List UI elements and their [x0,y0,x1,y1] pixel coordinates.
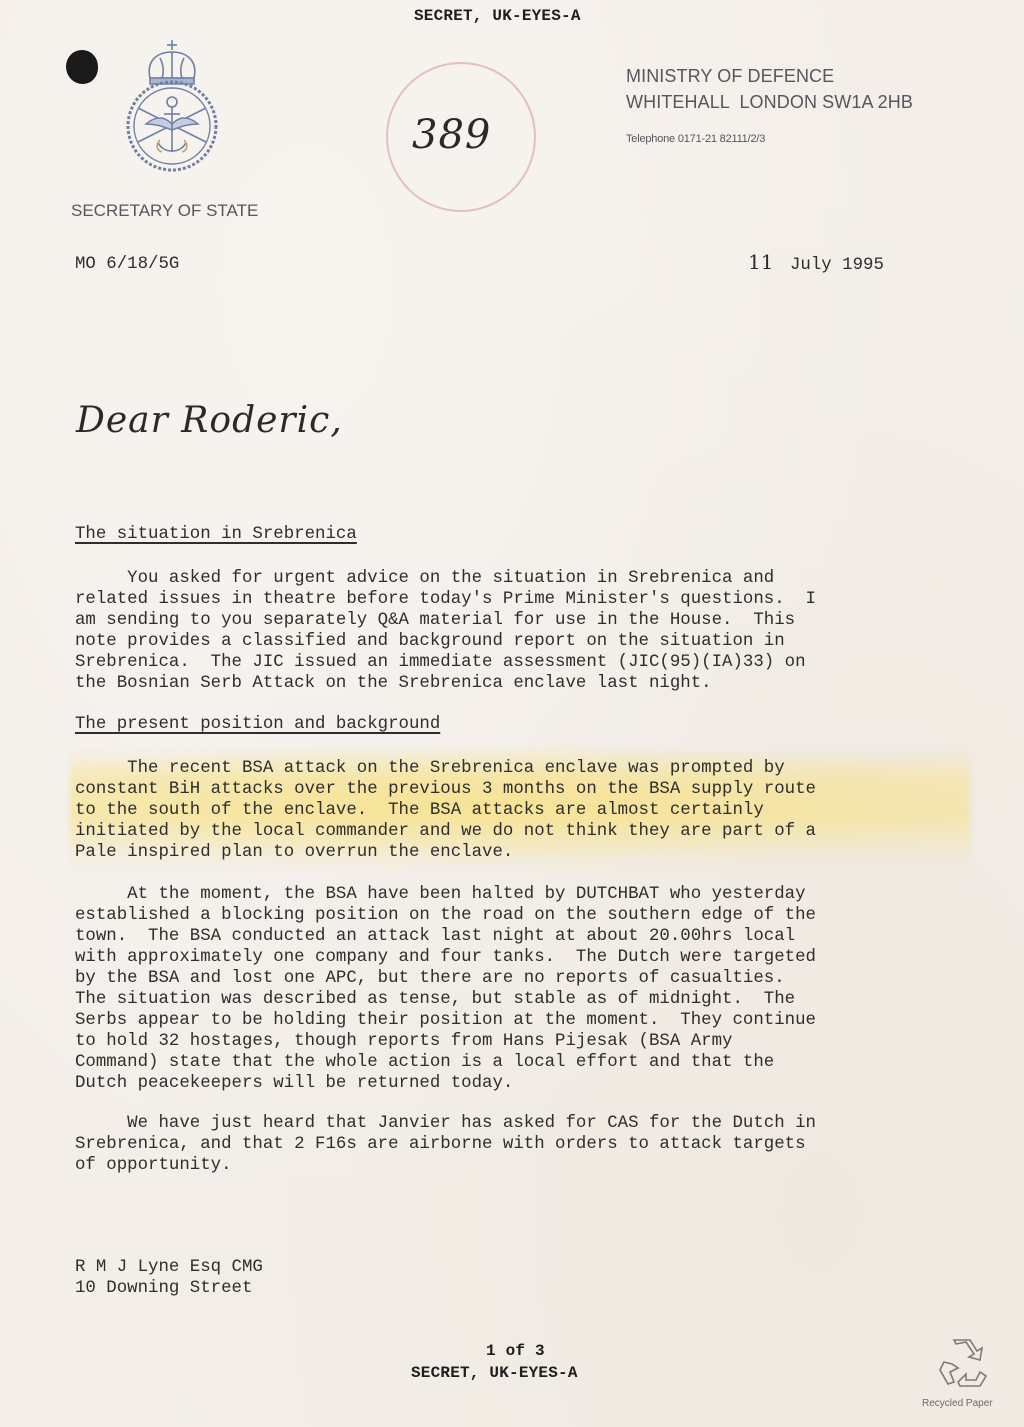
paragraph-line: am sending to you separately Q&A materia… [75,610,975,631]
section-heading-position: The present position and background [75,715,440,734]
classification-bottom: SECRET, UK-EYES-A [411,1364,578,1382]
paragraph-line: constant BiH attacks over the previous 3… [75,779,975,800]
stamp-number: 389 [412,112,491,158]
paragraph-line: note provides a classified and backgroun… [75,631,975,652]
addressee-name: R M J Lyne Esq CMG [75,1257,975,1278]
paragraph-line: Command) state that the whole action is … [75,1052,975,1073]
paragraph-line: town. The BSA conducted an attack last n… [75,926,975,947]
paragraph-line: Srebrenica. The JIC issued an immediate … [75,652,975,673]
paragraph-line: The situation was described as tense, bu… [75,989,975,1010]
punch-hole [66,50,98,84]
paragraph-bsa-attack: The recent BSA attack on the Srebrenica … [75,758,975,863]
paragraph-line: related issues in theatre before today's… [75,589,975,610]
paragraph-line: Dutch peacekeepers will be returned toda… [75,1073,975,1094]
paragraph-line: initiated by the local commander and we … [75,821,975,842]
paragraph-line: The recent BSA attack on the Srebrenica … [75,758,975,779]
paragraph-line: with approximately one company and four … [75,947,975,968]
paragraph-line: You asked for urgent advice on the situa… [75,568,975,589]
royal-crest-icon [116,38,228,178]
paragraph-line: We have just heard that Janvier has aske… [75,1113,975,1134]
date-day-handwritten: 11 [748,250,773,274]
addressee-block: R M J Lyne Esq CMG 10 Downing Street [75,1257,975,1299]
page-indicator: 1 of 3 [486,1342,545,1360]
reference-number: MO 6/18/5G [75,255,179,274]
salutation: Dear Roderic, [76,400,343,441]
paragraph-line: Srebrenica, and that 2 F16s are airborne… [75,1134,975,1155]
paragraph-line: At the moment, the BSA have been halted … [75,884,975,905]
letterhead-org: MINISTRY OF DEFENCE [626,66,834,87]
addressee-address: 10 Downing Street [75,1278,975,1299]
paragraph-cas: We have just heard that Janvier has aske… [75,1113,975,1176]
paragraph-line: established a blocking position on the r… [75,905,975,926]
classification-top: SECRET, UK-EYES-A [414,7,581,25]
paragraph-line: to hold 32 hostages, though reports from… [75,1031,975,1052]
recycle-icon [936,1338,992,1390]
paragraph-line: Pale inspired plan to overrun the enclav… [75,842,975,863]
office-title: SECRETARY OF STATE [71,201,258,221]
recycled-paper-label: Recycled Paper [922,1398,993,1409]
paragraph-line: Serbs appear to be holding their positio… [75,1010,975,1031]
paragraph-line: the Bosnian Serb Attack on the Srebrenic… [75,673,975,694]
letterhead-address: WHITEHALL LONDON SW1A 2HB [626,92,913,113]
paragraph-line: by the BSA and lost one APC, but there a… [75,968,975,989]
letter-page: SECRET, UK-EYES-A [0,0,1024,1427]
paragraph-dutchbat: At the moment, the BSA have been halted … [75,884,975,1094]
section-heading-situation: The situation in Srebrenica [75,525,357,544]
paragraph-line: of opportunity. [75,1155,975,1176]
paragraph-line: to the south of the enclave. The BSA att… [75,800,975,821]
paragraph-intro: You asked for urgent advice on the situa… [75,568,975,694]
date: July 1995 [790,256,884,275]
letterhead-telephone: Telephone 0171-21 82111/2/3 [626,133,765,145]
